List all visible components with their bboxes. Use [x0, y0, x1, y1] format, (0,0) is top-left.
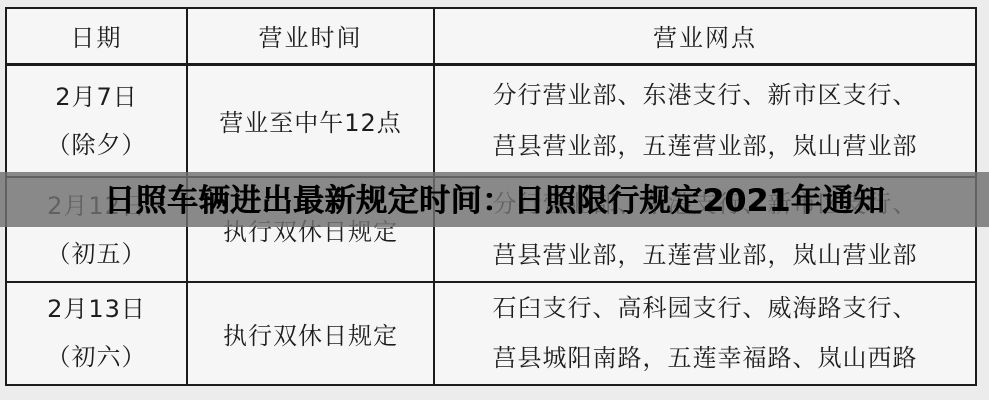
watermark-title: 日照车辆进出最新规定时间：日照限行规定2021年通知: [104, 175, 885, 220]
page: 日期 营业时间 营业网点 2月7日 （除夕） 营业至中午12点 分行营业部、东港…: [0, 0, 989, 400]
outlets-cell: 分行营业部、东港支行、新市区支行、 莒县营业部，五莲营业部，岚山营业部: [434, 64, 976, 177]
outlets-line1: 分行营业部、东港支行、新市区支行、: [435, 70, 975, 120]
date-text: 2月7日 （除夕）: [7, 73, 186, 169]
hours-cell: 执行双休日规定: [187, 282, 434, 385]
header-cell-hours: 营业时间: [187, 8, 434, 64]
header-cell-outlets: 营业网点: [434, 8, 976, 64]
outlets-text: 分行营业部、东港支行、新市区支行、 莒县营业部，五莲营业部，岚山营业部: [435, 70, 975, 171]
date-cell: 2月7日 （除夕）: [6, 64, 187, 177]
header-row: 日期 营业时间 营业网点: [6, 8, 976, 64]
hours-cell: 营业至中午12点: [187, 64, 434, 177]
header-cell-date: 日期: [6, 8, 187, 64]
table-row: 2月13日 （初六） 执行双休日规定 石臼支行、高科园支行、威海路支行、 莒县城…: [6, 282, 976, 385]
outlets-text: 石臼支行、高科园支行、威海路支行、 莒县城阳南路，五莲幸福路、岚山西路: [435, 283, 975, 384]
outlets-line2: 莒县城阳南路，五莲幸福路、岚山西路: [435, 333, 975, 383]
outlets-cell: 石臼支行、高科园支行、威海路支行、 莒县城阳南路，五莲幸福路、岚山西路: [434, 282, 976, 385]
outlets-line2: 莒县营业部，五莲营业部，岚山营业部: [435, 121, 975, 171]
date-line2: （初六）: [7, 333, 186, 381]
date-cell: 2月13日 （初六）: [6, 282, 187, 385]
date-line2: （除夕）: [7, 121, 186, 169]
date-text: 2月13日 （初六）: [7, 285, 186, 381]
outlets-line1: 石臼支行、高科园支行、威海路支行、: [435, 283, 975, 333]
date-line1: 2月13日: [7, 285, 186, 333]
date-line1: 2月7日: [7, 73, 186, 121]
table-header: 日期 营业时间 营业网点: [6, 8, 976, 64]
table-row: 2月7日 （除夕） 营业至中午12点 分行营业部、东港支行、新市区支行、 莒县营…: [6, 64, 976, 177]
date-line2: （初五）: [7, 230, 186, 278]
watermark-band: 日照车辆进出最新规定时间：日照限行规定2021年通知: [0, 172, 989, 227]
outlets-line2: 莒县营业部，五莲营业部，岚山营业部: [435, 230, 975, 280]
